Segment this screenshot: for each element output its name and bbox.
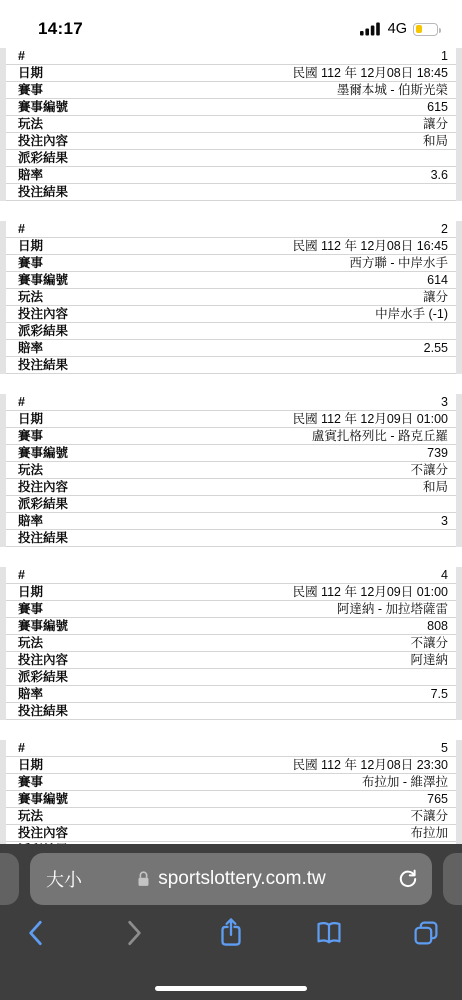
row-value: 739 (195, 445, 459, 462)
row-label: # (3, 48, 195, 65)
table-row-bet-content: 投注內容中岸水手 (-1) (3, 306, 459, 323)
bet-record-table: #3 日期民國 112 年 12月09日 01:00 賽事盧賓扎格列比 - 路克… (0, 394, 462, 547)
bookmarks-button[interactable] (308, 912, 350, 954)
row-value: 3.6 (195, 167, 459, 184)
table-row-event: 賽事西方聯 - 中岸水手 (3, 255, 459, 272)
row-value: 765 (195, 791, 459, 808)
row-label: 玩法 (3, 635, 195, 652)
row-label: 派彩結果 (3, 669, 195, 686)
row-label: 玩法 (3, 808, 195, 825)
row-value: 讓分 (195, 116, 459, 133)
row-label: 派彩結果 (3, 496, 195, 513)
row-value (195, 323, 459, 340)
row-value: 讓分 (195, 289, 459, 306)
row-label: 投注結果 (3, 357, 195, 374)
row-label: 派彩結果 (3, 323, 195, 340)
safari-bottom-chrome: 大小 sportslottery.com.tw (0, 844, 462, 1000)
table-row-odds: 賠率2.55 (3, 340, 459, 357)
row-label: 玩法 (3, 289, 195, 306)
table-row-date: 日期民國 112 年 12月08日 16:45 (3, 238, 459, 255)
row-label: 玩法 (3, 462, 195, 479)
table-row-play-type: 玩法不讓分 (3, 462, 459, 479)
row-label: 投注內容 (3, 479, 195, 496)
book-icon (313, 917, 345, 949)
row-label: # (3, 567, 195, 584)
row-value: 不讓分 (195, 808, 459, 825)
table-row-payout-result: 派彩結果 (3, 150, 459, 167)
row-value: 3 (195, 394, 459, 411)
row-value: 和局 (195, 479, 459, 496)
table-row-bet-content: 投注內容和局 (3, 133, 459, 150)
bet-records-list: #1 日期民國 112 年 12月08日 18:45 賽事墨爾本城 - 伯斯光榮… (0, 48, 462, 913)
row-value: 民國 112 年 12月08日 23:30 (195, 757, 459, 774)
row-value: 614 (195, 272, 459, 289)
table-row-bet-content: 投注內容和局 (3, 479, 459, 496)
row-label: 賽事 (3, 255, 195, 272)
row-value: 盧賓扎格列比 - 路克丘羅 (195, 428, 459, 445)
address-url: sportslottery.com.tw (158, 868, 326, 890)
row-value: 墨爾本城 - 伯斯光榮 (195, 82, 459, 99)
table-row-event: 賽事墨爾本城 - 伯斯光榮 (3, 82, 459, 99)
address-bar[interactable]: 大小 sportslottery.com.tw (30, 853, 432, 905)
row-value: 4 (195, 567, 459, 584)
tabs-button[interactable] (405, 912, 447, 954)
table-row-date: 日期民國 112 年 12月08日 18:45 (3, 65, 459, 82)
adjacent-tab-stub-left[interactable] (0, 853, 19, 905)
share-button[interactable] (210, 912, 252, 954)
forward-chevron-icon (121, 918, 147, 948)
table-row-index: #4 (3, 567, 459, 584)
row-value (195, 184, 459, 201)
table-row-odds: 賠率3 (3, 513, 459, 530)
home-indicator[interactable] (155, 986, 307, 991)
row-value (195, 150, 459, 167)
row-label: 賽事 (3, 428, 195, 445)
row-value: 808 (195, 618, 459, 635)
reload-button[interactable] (396, 867, 420, 891)
back-chevron-icon (23, 918, 49, 948)
row-value: 5 (195, 740, 459, 757)
row-value: 不讓分 (195, 462, 459, 479)
table-row-index: #1 (3, 48, 459, 65)
row-label: # (3, 221, 195, 238)
row-label: 賽事 (3, 774, 195, 791)
row-label: 賽事編號 (3, 445, 195, 462)
row-label: 投注結果 (3, 530, 195, 547)
adjacent-tab-stub-right[interactable] (443, 853, 462, 905)
row-value: 民國 112 年 12月08日 16:45 (195, 238, 459, 255)
address-bar-row: 大小 sportslottery.com.tw (0, 844, 462, 906)
row-label: 投注結果 (3, 184, 195, 201)
row-value (195, 530, 459, 547)
table-row-event: 賽事布拉加 - 維澤拉 (3, 774, 459, 791)
row-label: # (3, 740, 195, 757)
table-row-event-no: 賽事編號808 (3, 618, 459, 635)
table-row-bet-result: 投注結果 (3, 703, 459, 720)
safari-toolbar (0, 906, 462, 972)
row-value: 中岸水手 (-1) (195, 306, 459, 323)
table-row-event-no: 賽事編號615 (3, 99, 459, 116)
table-row-payout-result: 派彩結果 (3, 496, 459, 513)
row-label: 賠率 (3, 167, 195, 184)
row-label: 賽事編號 (3, 791, 195, 808)
row-label: 賠率 (3, 340, 195, 357)
row-label: 賽事 (3, 82, 195, 99)
row-value: 阿達納 - 加拉塔薩雷 (195, 601, 459, 618)
row-label: 賠率 (3, 513, 195, 530)
row-label: 玩法 (3, 116, 195, 133)
row-value (195, 496, 459, 513)
cellular-signal-bars-icon (360, 22, 382, 36)
table-row-bet-result: 投注結果 (3, 530, 459, 547)
row-value: 民國 112 年 12月09日 01:00 (195, 411, 459, 428)
row-value (195, 703, 459, 720)
table-row-bet-result: 投注結果 (3, 357, 459, 374)
row-label: 投注內容 (3, 306, 195, 323)
row-value: 西方聯 - 中岸水手 (195, 255, 459, 272)
table-row-date: 日期民國 112 年 12月09日 01:00 (3, 584, 459, 601)
row-value (195, 357, 459, 374)
text-size-button[interactable]: 大小 (46, 866, 82, 892)
table-row-event-no: 賽事編號739 (3, 445, 459, 462)
row-label: 賽事 (3, 601, 195, 618)
table-row-index: #2 (3, 221, 459, 238)
row-value: 民國 112 年 12月08日 18:45 (195, 65, 459, 82)
row-value: 不讓分 (195, 635, 459, 652)
table-row-index: #5 (3, 740, 459, 757)
row-value (195, 669, 459, 686)
table-row-bet-content: 投注內容布拉加 (3, 825, 459, 842)
table-row-bet-content: 投注內容阿達納 (3, 652, 459, 669)
row-value: 阿達納 (195, 652, 459, 669)
table-row-index: #3 (3, 394, 459, 411)
row-label: 投注內容 (3, 133, 195, 150)
table-row-odds: 賠率3.6 (3, 167, 459, 184)
row-label: 日期 (3, 411, 195, 428)
lock-icon (136, 870, 151, 888)
table-row-payout-result: 派彩結果 (3, 323, 459, 340)
network-type-label: 4G (388, 21, 407, 37)
table-row-play-type: 玩法不讓分 (3, 808, 459, 825)
back-button[interactable] (15, 912, 57, 954)
iphone-safari-screen: 14:17 4G #1 日期民國 112 年 12月08日 18:45 賽事墨爾… (0, 0, 462, 1000)
table-row-bet-result: 投注結果 (3, 184, 459, 201)
row-value: 和局 (195, 133, 459, 150)
status-bar: 14:17 4G (0, 0, 462, 48)
table-row-odds: 賠率7.5 (3, 686, 459, 703)
table-row-date: 日期民國 112 年 12月09日 01:00 (3, 411, 459, 428)
row-value: 布拉加 (195, 825, 459, 842)
row-value: 7.5 (195, 686, 459, 703)
table-row-event: 賽事阿達納 - 加拉塔薩雷 (3, 601, 459, 618)
row-label: 投注內容 (3, 652, 195, 669)
reload-icon (396, 867, 420, 891)
row-value: 2.55 (195, 340, 459, 357)
row-label: 日期 (3, 757, 195, 774)
bet-record-table: #4 日期民國 112 年 12月09日 01:00 賽事阿達納 - 加拉塔薩雷… (0, 567, 462, 720)
battery-icon (413, 23, 438, 36)
bet-record-table: #2 日期民國 112 年 12月08日 16:45 賽事西方聯 - 中岸水手 … (0, 221, 462, 374)
forward-button[interactable] (113, 912, 155, 954)
table-row-date: 日期民國 112 年 12月08日 23:30 (3, 757, 459, 774)
row-value: 1 (195, 48, 459, 65)
tabs-icon (411, 918, 441, 948)
share-icon (216, 916, 246, 950)
bet-record-table: #1 日期民國 112 年 12月08日 18:45 賽事墨爾本城 - 伯斯光榮… (0, 48, 462, 201)
table-row-play-type: 玩法不讓分 (3, 635, 459, 652)
row-label: 投注結果 (3, 703, 195, 720)
row-label: 賽事編號 (3, 618, 195, 635)
row-label: 賽事編號 (3, 99, 195, 116)
row-value: 615 (195, 99, 459, 116)
table-row-event: 賽事盧賓扎格列比 - 路克丘羅 (3, 428, 459, 445)
row-label: 日期 (3, 238, 195, 255)
row-value: 3 (195, 513, 459, 530)
clock-time: 14:17 (38, 19, 83, 39)
row-label: 賠率 (3, 686, 195, 703)
table-row-play-type: 玩法讓分 (3, 289, 459, 306)
table-row-play-type: 玩法讓分 (3, 116, 459, 133)
row-label: 日期 (3, 65, 195, 82)
table-row-payout-result: 派彩結果 (3, 669, 459, 686)
row-value: 2 (195, 221, 459, 238)
row-label: 日期 (3, 584, 195, 601)
row-value: 布拉加 - 維澤拉 (195, 774, 459, 791)
row-label: 賽事編號 (3, 272, 195, 289)
row-label: 投注內容 (3, 825, 195, 842)
table-row-event-no: 賽事編號765 (3, 791, 459, 808)
row-label: 派彩結果 (3, 150, 195, 167)
table-row-event-no: 賽事編號614 (3, 272, 459, 289)
row-value: 民國 112 年 12月09日 01:00 (195, 584, 459, 601)
row-label: # (3, 394, 195, 411)
